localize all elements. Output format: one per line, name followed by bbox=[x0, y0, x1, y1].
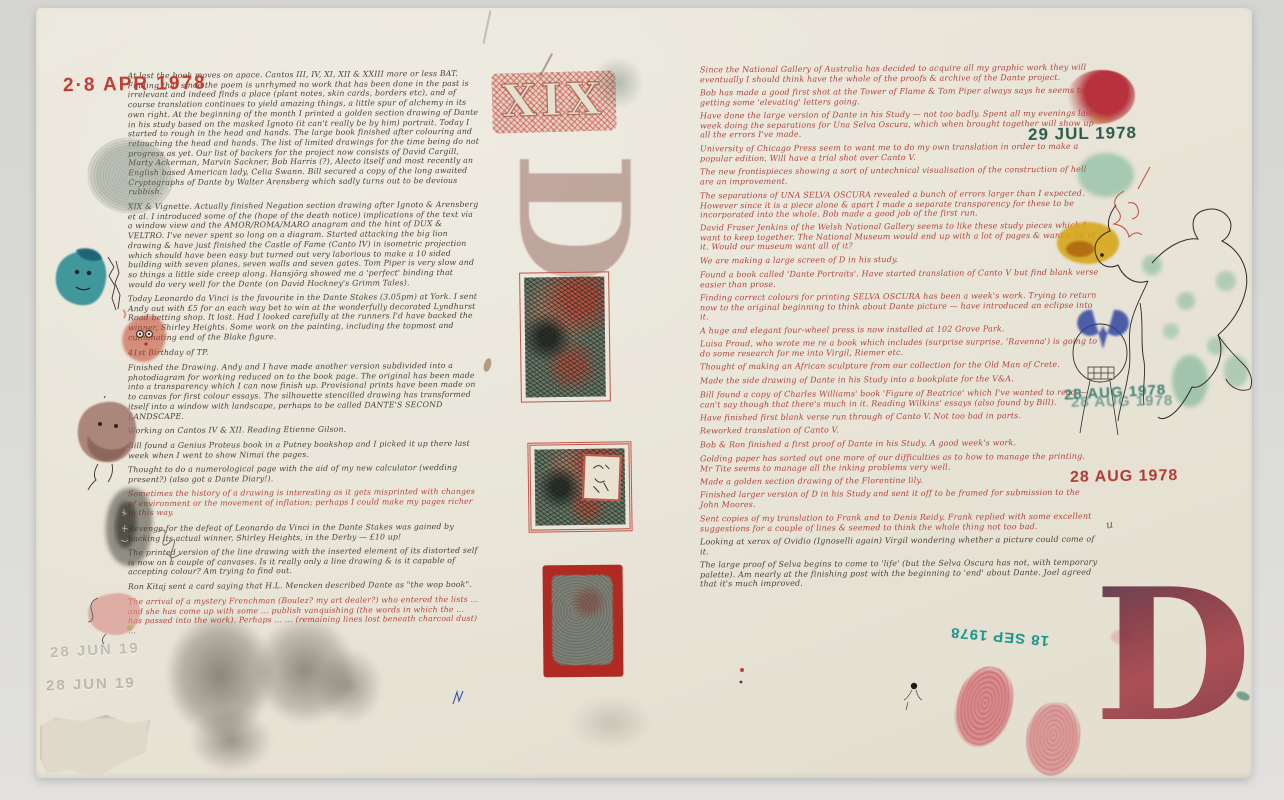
framed-sketch-square bbox=[527, 441, 632, 532]
date-stamp-aug-green-double: 28 AUG 1978 bbox=[1071, 392, 1173, 411]
handwritten-paragraph: XIX & Vignette. Actually finished Negati… bbox=[128, 200, 481, 290]
handwritten-paragraph: Today Leonardo da Vinci is the favourite… bbox=[128, 292, 480, 343]
red-fingerprint bbox=[1022, 699, 1083, 778]
pencil-mark-u: u bbox=[1105, 517, 1114, 531]
handwritten-paragraph: Working on Cantos IV & XII. Reading Etie… bbox=[128, 424, 480, 436]
date-stamp-jun-blind-1: 28 JUN 19 bbox=[50, 640, 140, 662]
letter-d-stamp-crimson: D bbox=[1094, 570, 1244, 755]
charcoal-dust-smudge bbox=[176, 698, 286, 783]
crosshatch-drawing bbox=[524, 276, 606, 397]
handwritten-paragraph: Thought to do a numerological page with … bbox=[128, 463, 480, 485]
green-smudge bbox=[590, 58, 645, 108]
paper-crease bbox=[482, 10, 491, 44]
charcoal-dust-smudge bbox=[304, 636, 394, 736]
pink-blot-creature bbox=[76, 588, 156, 648]
paper-damage-patch bbox=[40, 715, 150, 777]
inner-panel-doodle bbox=[582, 454, 622, 501]
handwritten-paragraph-red: Since the National Gallery of Australia … bbox=[700, 63, 1100, 85]
charcoal-smudge-face bbox=[88, 484, 208, 584]
framed-sketch-tall bbox=[519, 271, 611, 402]
red-fingerprint bbox=[947, 660, 1021, 753]
brown-thumbprint-creature bbox=[68, 396, 148, 492]
red-paint-blob bbox=[1067, 70, 1135, 124]
ink-splash bbox=[898, 680, 924, 714]
handwritten-paragraph: The large proof of Selva begins to come … bbox=[700, 558, 1100, 590]
charcoal-dust-trace bbox=[556, 688, 666, 758]
handwritten-paragraph-red: Finished larger version of D in his Stud… bbox=[700, 488, 1100, 510]
handwritten-paragraph-red: Golding paper has sorted out one more of… bbox=[700, 451, 1100, 473]
grey-fingerprint bbox=[88, 138, 173, 213]
doodle-marks-icon bbox=[584, 456, 620, 499]
handwritten-paragraph-red: Made a golden section drawing of the Flo… bbox=[700, 474, 1100, 486]
date-stamp-apr: 2·8 APR 1978 bbox=[63, 73, 207, 98]
red-ink-specks bbox=[736, 666, 748, 688]
handwritten-paragraph: Finished the Drawing. Andy and I have ma… bbox=[128, 360, 480, 421]
silver-overprint bbox=[552, 575, 614, 666]
date-stamp-aug-red: 28 AUG 1978 bbox=[1070, 467, 1179, 487]
handwritten-paragraph-red: Bob has made a good first shot at the To… bbox=[700, 86, 1100, 108]
date-stamp-jun-blind-2: 28 JUN 19 bbox=[46, 674, 136, 694]
date-stamp-sep-inverted: 18 SEP 1978 bbox=[949, 624, 1049, 650]
blue-pen-scribble bbox=[450, 688, 466, 708]
red-smudge-face bbox=[113, 308, 175, 372]
red-silver-ink-block bbox=[543, 565, 624, 678]
handwritten-paragraph: Bill found a Genius Proteus book in a Pu… bbox=[128, 438, 480, 460]
brown-speck bbox=[482, 357, 492, 372]
diary-sheet: 2·8 APR 1978 29 JUL 1978 28 AUG 1978 28 … bbox=[36, 8, 1252, 778]
handwritten-paragraph: Looking at xerox of Ovidio (Ignoselli ag… bbox=[700, 534, 1100, 556]
handwritten-paragraph-red: Sent copies of my translation to Frank a… bbox=[700, 511, 1100, 533]
date-stamp-jul: 29 JUL 1978 bbox=[1028, 123, 1137, 145]
handwritten-paragraph: 41st Birthday of TP. bbox=[128, 346, 480, 358]
